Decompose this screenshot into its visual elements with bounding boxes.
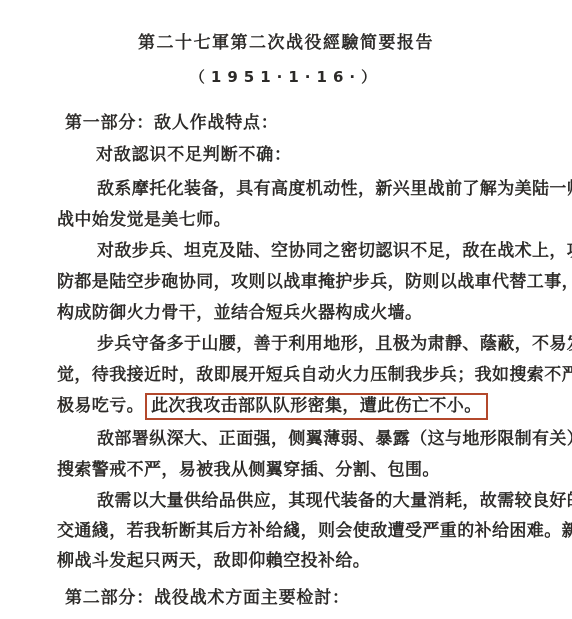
highlight-box: 此次我攻击部队队形密集，遭此伤亡不小。 xyxy=(145,393,488,420)
paragraph1-line2: 战中始发觉是美七师。 xyxy=(57,210,231,230)
paragraph5-line3: 柳战斗发起只两天，敌即仰賴空投补给。 xyxy=(57,551,370,571)
section1-heading: 第一部分：敌人作战特点： xyxy=(65,113,279,133)
section2-heading: 第二部分：战役战术方面主要检討： xyxy=(65,588,350,608)
paragraph4-line2: 搜索警戒不严，易被我从侧翼穿插、分割、包围。 xyxy=(57,460,440,480)
paragraph5-line1: 敌需以大量供给品供应，其现代装备的大量消耗，故需较良好的 xyxy=(97,491,572,511)
paragraph2-line1: 对敌步兵、坦克及陆、空协同之密切認识不足，敌在战术上，攻 xyxy=(97,241,572,261)
paragraph5-line2: 交通綫，若我斩断其后方补给綫，则会使敌遭受严重的补给困难。新 xyxy=(57,521,572,541)
paragraph4-line1: 敌部署纵深大、正面强，侧翼薄弱、暴露（这与地形限制有关）， xyxy=(97,429,572,449)
paragraph1-line1: 敌系摩托化装备，具有高度机动性，新兴里战前了解为美陆一师， xyxy=(97,179,572,199)
paragraph3-line1: 步兵守备多于山腰，善于利用地形，且极为肃靜、蔭蔽，不易发 xyxy=(97,334,572,354)
scanned-document-page: 第二十七軍第二次战役經驗简要报告 （1951·1·16·） 第一部分：敌人作战特… xyxy=(0,0,572,619)
document-date: （1951·1·16·） xyxy=(0,67,572,87)
section1-subheading: 对敌認识不足判断不确： xyxy=(96,145,292,165)
paragraph3-line2: 觉，待我接近时，敌即展开短兵自动火力压制我步兵；我如搜索不严， xyxy=(57,365,572,385)
document-title: 第二十七軍第二次战役經驗简要报告 xyxy=(0,33,572,53)
paragraph2-line3: 构成防御火力骨干，並结合短兵火器构成火墙。 xyxy=(57,303,422,323)
paragraph2-line2: 防都是陆空步砲协同，攻则以战車掩护步兵，防则以战車代替工事， xyxy=(57,272,572,292)
paragraph3-line3: 极易吃亏。此次我攻击部队队形密集，遭此伤亡不小。 xyxy=(57,396,488,416)
paragraph3-line3-prefix: 极易吃亏。 xyxy=(57,396,144,416)
